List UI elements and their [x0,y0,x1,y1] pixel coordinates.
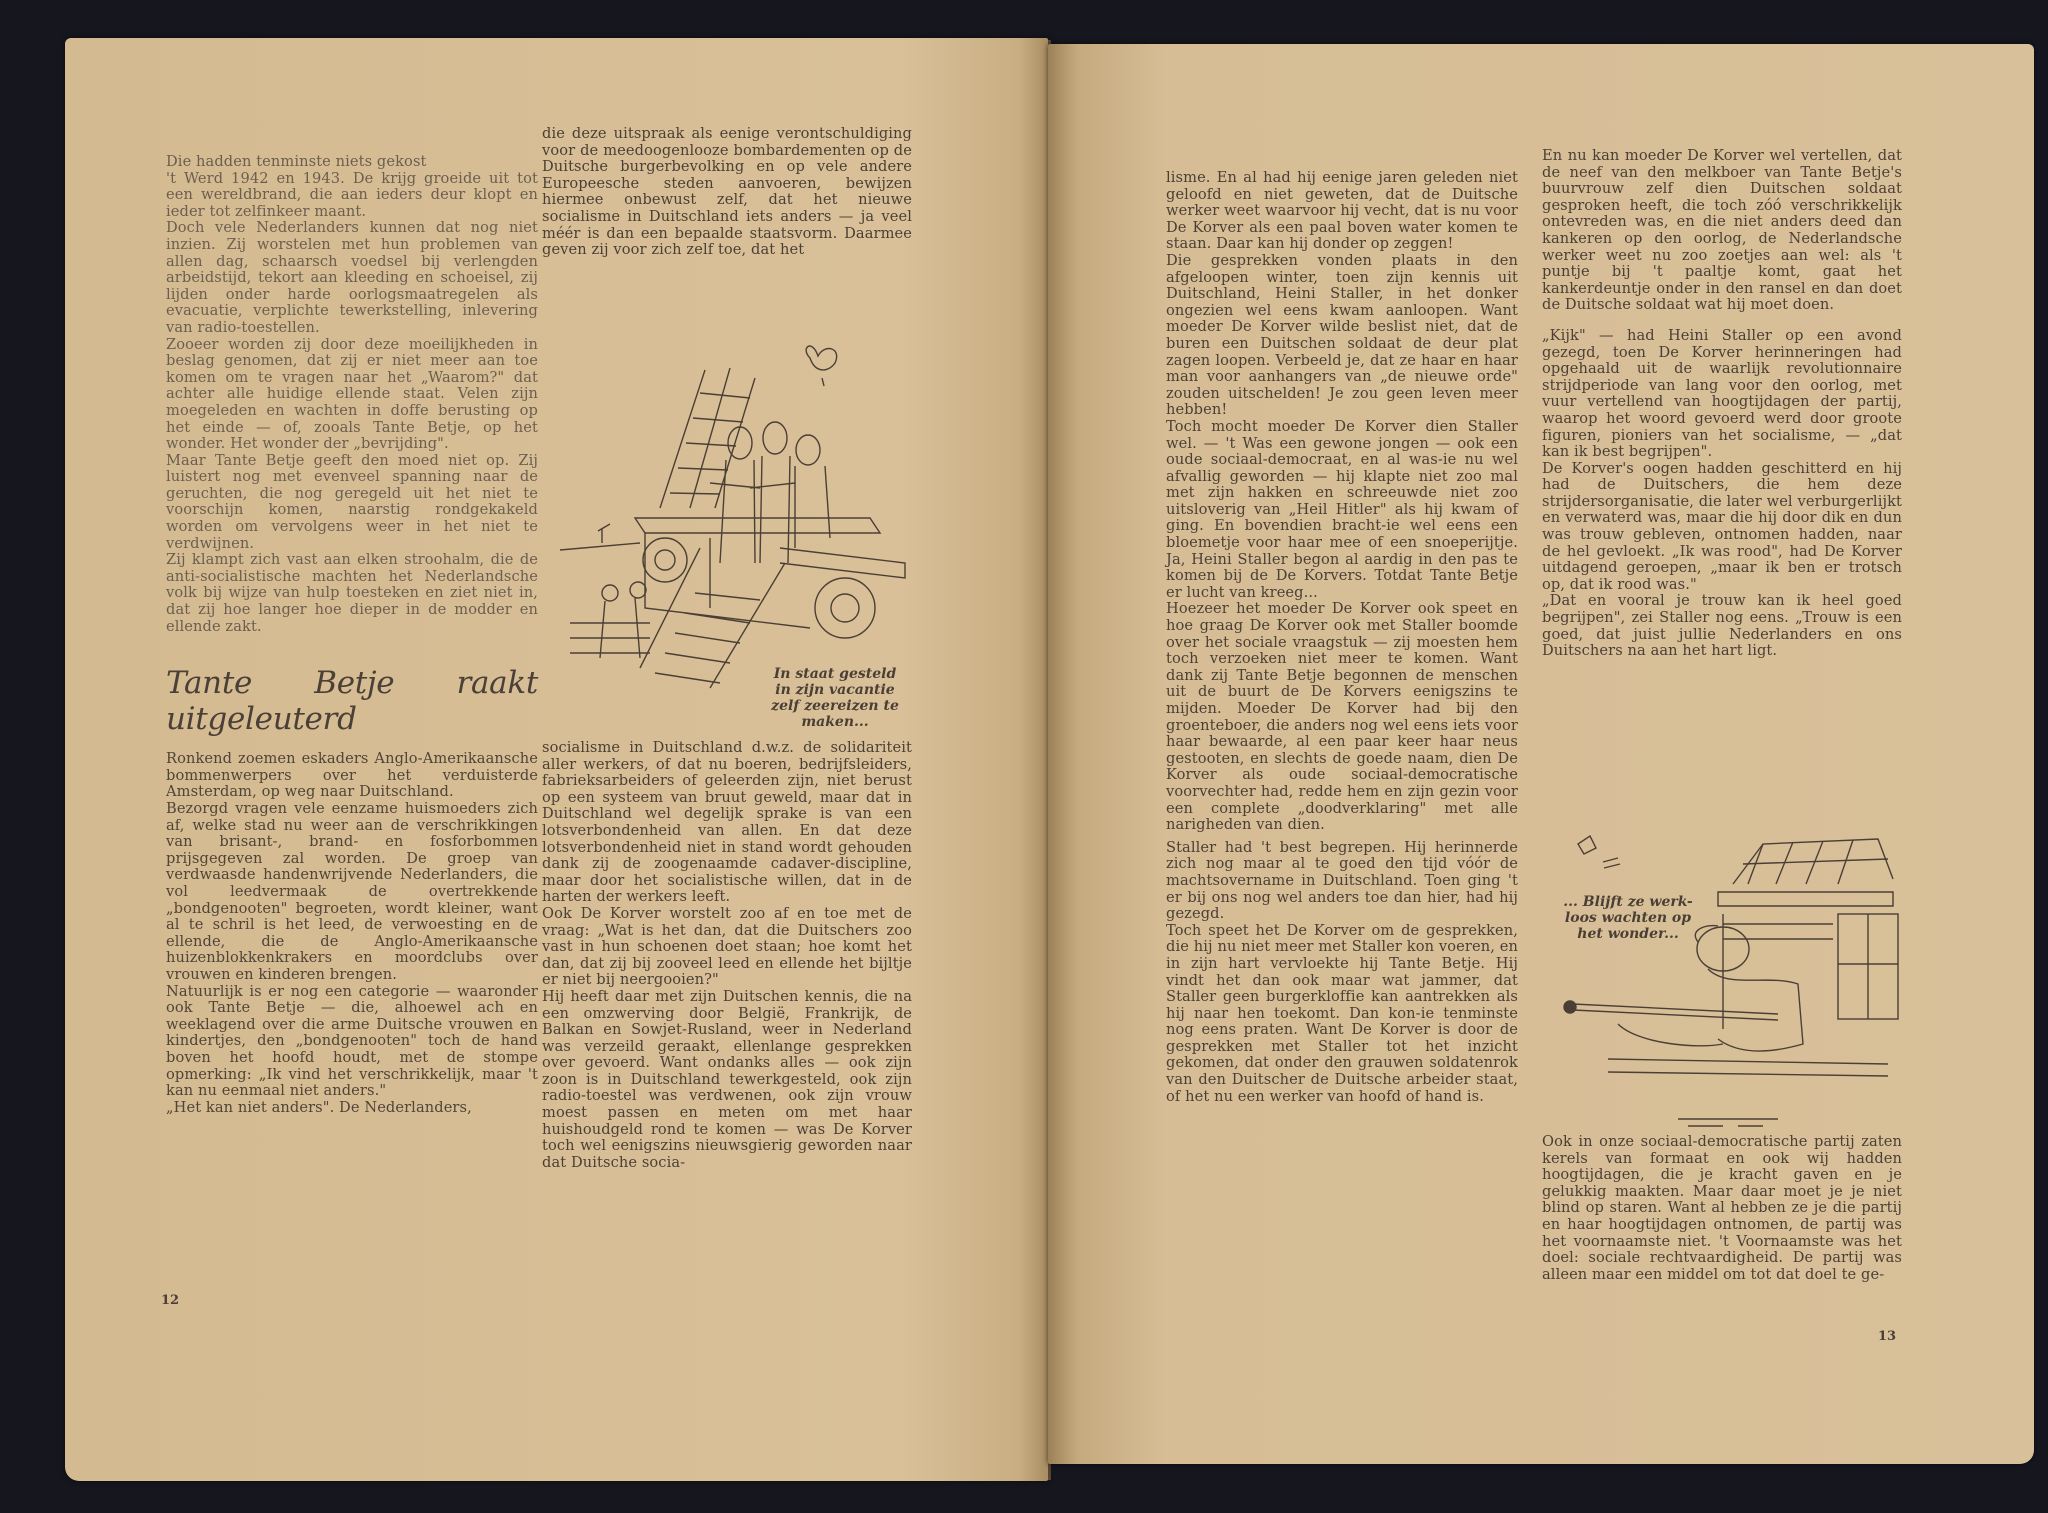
paragraph: Die hadden tenminste niets gekost [166,154,538,171]
right-page-column-1: lisme. En al had hij eenige jaren gelede… [1166,170,1518,1105]
paragraph: Hij heeft daar met zijn Duitschen kennis… [542,989,912,1172]
woman-cartoon-caption: ... Blijft ze werk- loos wachten op het … [1553,894,1703,942]
section-heading: Tante Betje raakt uitgeleuterd [166,665,538,737]
caption-line: In staat gesteld [765,666,905,682]
paragraph: lisme. En al had hij eenige jaren gelede… [1166,170,1518,253]
paragraph: socialisme in Duitschland d.w.z. de soli… [542,740,912,906]
woman-at-window-cartoon-icon [1548,814,1908,1144]
right-page: lisme. En al had hij eenige jaren gelede… [1048,44,2034,1464]
paragraph: Bezorgd vragen vele eenzame huismoeders … [166,801,538,984]
paragraph: Die gesprekken vonden plaats in den afge… [1166,253,1518,419]
right-page-column-2: En nu kan moeder De Korver wel vertellen… [1542,148,1902,660]
caption-line: het wonder... [1553,926,1703,942]
paragraph: Staller had 't best begrepen. Hij herinn… [1166,840,1518,923]
paragraph: En nu kan moeder De Korver wel vertellen… [1542,148,1902,314]
left-page: Die hadden tenminste niets gekost 't Wer… [65,38,1048,1481]
paragraph: Zooeer worden zij door deze moeilijkhede… [166,337,538,453]
paragraph: „Het kan niet anders". De Nederlanders, [166,1100,538,1117]
paragraph: „Dat en vooral je trouw kan ik heel goed… [1542,593,1902,659]
paragraph: De Korver's oogen hadden geschitterd en … [1542,461,1902,594]
paragraph: Toch speet het De Korver om de gesprekke… [1166,923,1518,1106]
paragraph: Natuurlijk is er nog een categorie — waa… [166,984,538,1100]
paragraph: Ronkend zoemen eskaders Anglo-Amerikaans… [166,751,538,801]
caption-line: maken... [765,714,905,730]
paragraph: 't Werd 1942 en 1943. De krijg groeide u… [166,171,538,221]
paragraph: „Kijk" — had Heini Staller op een avond … [1542,328,1902,461]
section-text: Ronkend zoemen eskaders Anglo-Amerikaans… [166,751,538,1116]
paragraph: Ook De Korver worstelt zoo af en toe met… [542,906,912,989]
paragraph: Ook in onze sociaal-democratische partij… [1542,1134,1902,1283]
caption-line: loos wachten op [1553,910,1703,926]
paragraph: Maar Tante Betje geeft den moed niet op.… [166,453,538,553]
left-page-column-1: Die hadden tenminste niets gekost 't Wer… [166,154,538,1116]
page-number: 13 [1878,1329,1896,1344]
left-page-column-2-lower: socialisme in Duitschland d.w.z. de soli… [542,740,912,1171]
page-number: 12 [161,1293,179,1308]
paragraph: Doch vele Nederlanders kunnen dat nog ni… [166,220,538,336]
caption-line: in zijn vacantie [765,682,905,698]
left-page-column-2: die deze uitspraak als eenige verontschu… [542,126,912,259]
paragraph: die deze uitspraak als eenige verontschu… [542,126,912,259]
caption-line: ... Blijft ze werk- [1553,894,1703,910]
ship-cartoon-caption: In staat gesteld in zijn vacantie zelf z… [765,666,905,730]
paragraph: Hoezeer het moeder De Korver ook speet e… [1166,601,1518,833]
caption-line: zelf zeereizen te [765,698,905,714]
right-page-column-2-lower: Ook in onze sociaal-democratische partij… [1542,1134,1902,1283]
paragraph: Toch mocht moeder De Korver dien Staller… [1166,419,1518,602]
paragraph: Zij klampt zich vast aan elken stroohalm… [166,552,538,635]
intro-text: Die hadden tenminste niets gekost 't Wer… [166,154,538,635]
